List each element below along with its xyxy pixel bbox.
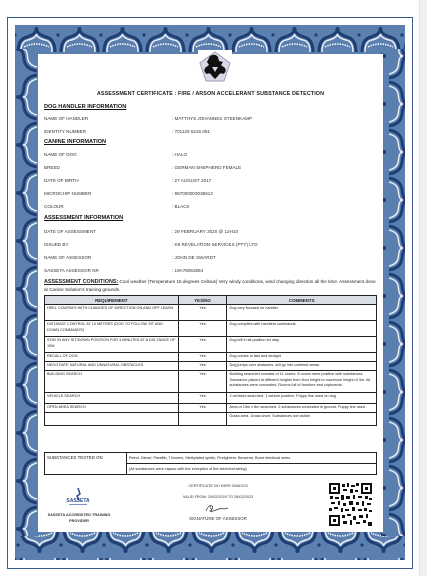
certificate-number: CERTIFICATE NO K9RS 0006/103 [178, 484, 258, 488]
document-viewer: ASSESSMENT CERTIFICATE : FIRE / ARSON AC… [0, 0, 427, 576]
substances-list: Petrol, Diesel, Paraffin, Thinners, Meth… [126, 453, 376, 464]
signature-label: SIGNATURE OF ASSESSOR [168, 516, 268, 521]
substances-note: (All substances were vapour with the exc… [126, 464, 376, 475]
scrollbar[interactable] [419, 0, 427, 576]
certificate-page: ASSESSMENT CERTIFICATE : FIRE / ARSON AC… [7, 17, 413, 569]
result-cell: Yes [178, 321, 227, 337]
comment-cell: Dog comes in fast and straight [227, 353, 377, 362]
field-value: : 27 AUGUST 2017 [172, 178, 211, 183]
requirement-cell: STAY IN ANY SIT/DOWN POSITION FOR 3 MINU… [45, 337, 179, 353]
field-label: IDENTITY NUMBER [44, 129, 86, 134]
qr-code-icon[interactable] [328, 482, 373, 527]
comment-cell: Dog complies with handlers commands. [227, 321, 377, 337]
field-label: NAME OF ASSESSOR [44, 255, 91, 260]
result-cell: Yes [178, 305, 227, 321]
requirements-table: REQUIREMENT YES/NO COMMENTS HEEL COURSES… [44, 295, 377, 426]
field-value: : 967000003038612 [172, 191, 213, 196]
field-label: NAME OF DOG [44, 152, 77, 157]
field-value: : HALO [172, 152, 187, 157]
field-value: : BLACK [172, 204, 190, 209]
decorative-border: ASSESSMENT CERTIFICATE : FIRE / ARSON AC… [15, 25, 405, 560]
signature-icon [203, 502, 233, 512]
k9-logo-icon [198, 50, 232, 84]
table-header-row: REQUIREMENT YES/NO COMMENTS [45, 296, 377, 305]
comment-cell: 2 vehicles searched. 1 vehicle positive.… [227, 393, 377, 404]
assessment-conditions: ASSESSMENT CONDITIONS: Cool weather (Tem… [44, 278, 377, 294]
field-label: MICROCHIP NUMBER [44, 191, 91, 196]
table-row: NEGOTIATE NATURAL AND UNNATURAL OBSTACLE… [45, 362, 377, 371]
requirement-cell: DISTANCE CONTROL AT 10 METRES (DOG TO FO… [45, 321, 179, 337]
field-label: ISSUED BY [44, 242, 69, 247]
certificate-title: ASSESSMENT CERTIFICATE : FIRE / ARSON AC… [38, 91, 383, 97]
table-row: Grass area. Grass short. Substances not … [45, 412, 377, 425]
comment-cell: Building searched consists of 11 rooms. … [227, 371, 377, 393]
table-row: VEHICLE SEARCH Yes 2 vehicles searched. … [45, 393, 377, 404]
requirement-cell: NEGOTIATE NATURAL AND UNNATURAL OBSTACLE… [45, 362, 179, 371]
result-cell [178, 412, 227, 425]
field-value: : K9 REVELATION SERVICES (PTY) LTD [172, 242, 258, 247]
requirement-cell: RECALL OF DOG [45, 353, 179, 362]
field-value: : 29 FEBRUARY 2020 @ 12H10 [172, 229, 238, 234]
conditions-label: ASSESSMENT CONDITIONS: [44, 279, 118, 285]
field-label: BREED [44, 165, 60, 170]
comment-cell: Grass area. Grass short. Substances not … [227, 412, 377, 425]
requirement-cell: BUILDING SEARCH [45, 371, 179, 393]
table-row: OPEN AREA SEARCH Yes Area of 15m x 8m se… [45, 404, 377, 413]
result-cell: Yes [178, 337, 227, 353]
field-value: : JOHN DE SWARDT [172, 255, 216, 260]
table-row: RECALL OF DOG Yes Dog comes in fast and … [45, 353, 377, 362]
requirement-cell: HEEL COURSES WITH CHANGES OF DIRECTION O… [45, 305, 179, 321]
field-value: : 701129 5215 081 [172, 129, 210, 134]
substances-row: SUBSTANCES TESTED ON Petrol, Diesel, Par… [45, 453, 377, 464]
field-label: DATE OF BIRTH [44, 178, 79, 183]
header-requirement: REQUIREMENT [45, 296, 179, 305]
table-row: STAY IN ANY SIT/DOWN POSITION FOR 3 MINU… [45, 337, 377, 353]
table-row: DISTANCE CONTROL AT 10 METRES (DOG TO FO… [45, 321, 377, 337]
field-value: : MATTHYS JOHANNES STEENKAMP [172, 116, 252, 121]
comment-cell: Dog very focused on handler [227, 305, 377, 321]
sasseta-logo-icon: SASSETA [63, 486, 93, 508]
substances-label: SUBSTANCES TESTED ON [45, 453, 127, 475]
validity-period: VALID FROM: 29/02/2020 TO 28/02/2023 [168, 495, 268, 499]
result-cell: Yes [178, 362, 227, 371]
result-cell: Yes [178, 353, 227, 362]
header-yes-no: YES/NO [178, 296, 227, 305]
canine-section-title: CANINE INFORMATION [44, 139, 106, 145]
comment-cell: Dog jumps over obstacles, will go into c… [227, 362, 377, 371]
field-label: COLOUR [44, 204, 64, 209]
requirement-cell: OPEN AREA SEARCH [45, 404, 179, 413]
field-label: NAME OF HANDLER [44, 116, 88, 121]
header-comments: COMMENTS [227, 296, 377, 305]
requirement-cell: VEHICLE SEARCH [45, 393, 179, 404]
substances-table: SUBSTANCES TESTED ON Petrol, Diesel, Par… [44, 452, 377, 475]
svg-text:SASSETA: SASSETA [66, 498, 90, 504]
comment-cell: Dog left in sit position for stay [227, 337, 377, 353]
field-label: DATE OF ASSESSMENT [44, 229, 96, 234]
comment-cell: Area of 15m x 8m searched. 2 substances … [227, 404, 377, 413]
result-cell: Yes [178, 393, 227, 404]
field-value: : 19A78063694 [172, 268, 203, 273]
handler-section-title: DOG HANDLER INFORMATION [44, 104, 126, 110]
sasseta-label: SASSETA ACCREDITED TRAINING PROVIDER [44, 512, 114, 524]
certificate-content: ASSESSMENT CERTIFICATE : FIRE / ARSON AC… [38, 54, 383, 532]
result-cell: Yes [178, 371, 227, 393]
result-cell: Yes [178, 404, 227, 413]
field-value: : GERMAN SHEPHERD FEMALE [172, 165, 241, 170]
table-row: HEEL COURSES WITH CHANGES OF DIRECTION O… [45, 305, 377, 321]
table-row: BUILDING SEARCH Yes Building searched co… [45, 371, 377, 393]
field-label: SASSETA ASSESSOR NR [44, 268, 99, 273]
requirement-cell [45, 412, 179, 425]
assessment-section-title: ASSESSMENT INFORMATION [44, 215, 123, 221]
